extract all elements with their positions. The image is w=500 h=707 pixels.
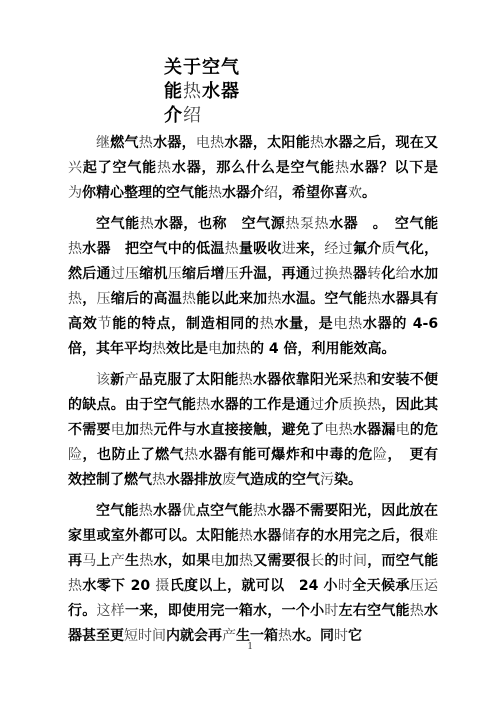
paragraph-advantages: 空气能热水器优点空气能热水器不需要阳光，因此放在家里或室外都可以。太阳能热水器储… (68, 499, 438, 649)
page-number: 1 (0, 641, 500, 652)
document-page: 关于空气 能热水器 介绍 继燃气热水器，电热水器，太阳能热水器之后，现在又兴起了… (0, 0, 500, 707)
document-title: 关于空气 能热水器 介绍 (164, 56, 438, 128)
title-line-2: 能热水器 (164, 80, 438, 104)
title-line-3: 介绍 (164, 104, 438, 128)
document-body: 继燃气热水器，电热水器，太阳能热水器之后，现在又兴起了空气能热水器，那么什么是空… (68, 131, 438, 649)
document-content: 关于空气 能热水器 介绍 继燃气热水器，电热水器，太阳能热水器之后，现在又兴起了… (68, 56, 438, 655)
paragraph-intro: 继燃气热水器，电热水器，太阳能热水器之后，现在又兴起了空气能热水器，那么什么是空… (68, 131, 438, 206)
title-line-1: 关于空气 (164, 56, 438, 80)
paragraph-safety: 该新产品克服了太阳能热水器依靠阳光采热和安装不便的缺点。由于空气能热水器的工作是… (68, 368, 438, 493)
paragraph-principle: 空气能热水器，也称 空气源热泵热水器 。 空气能热水器 把空气中的低温热量吸收进… (68, 212, 438, 362)
